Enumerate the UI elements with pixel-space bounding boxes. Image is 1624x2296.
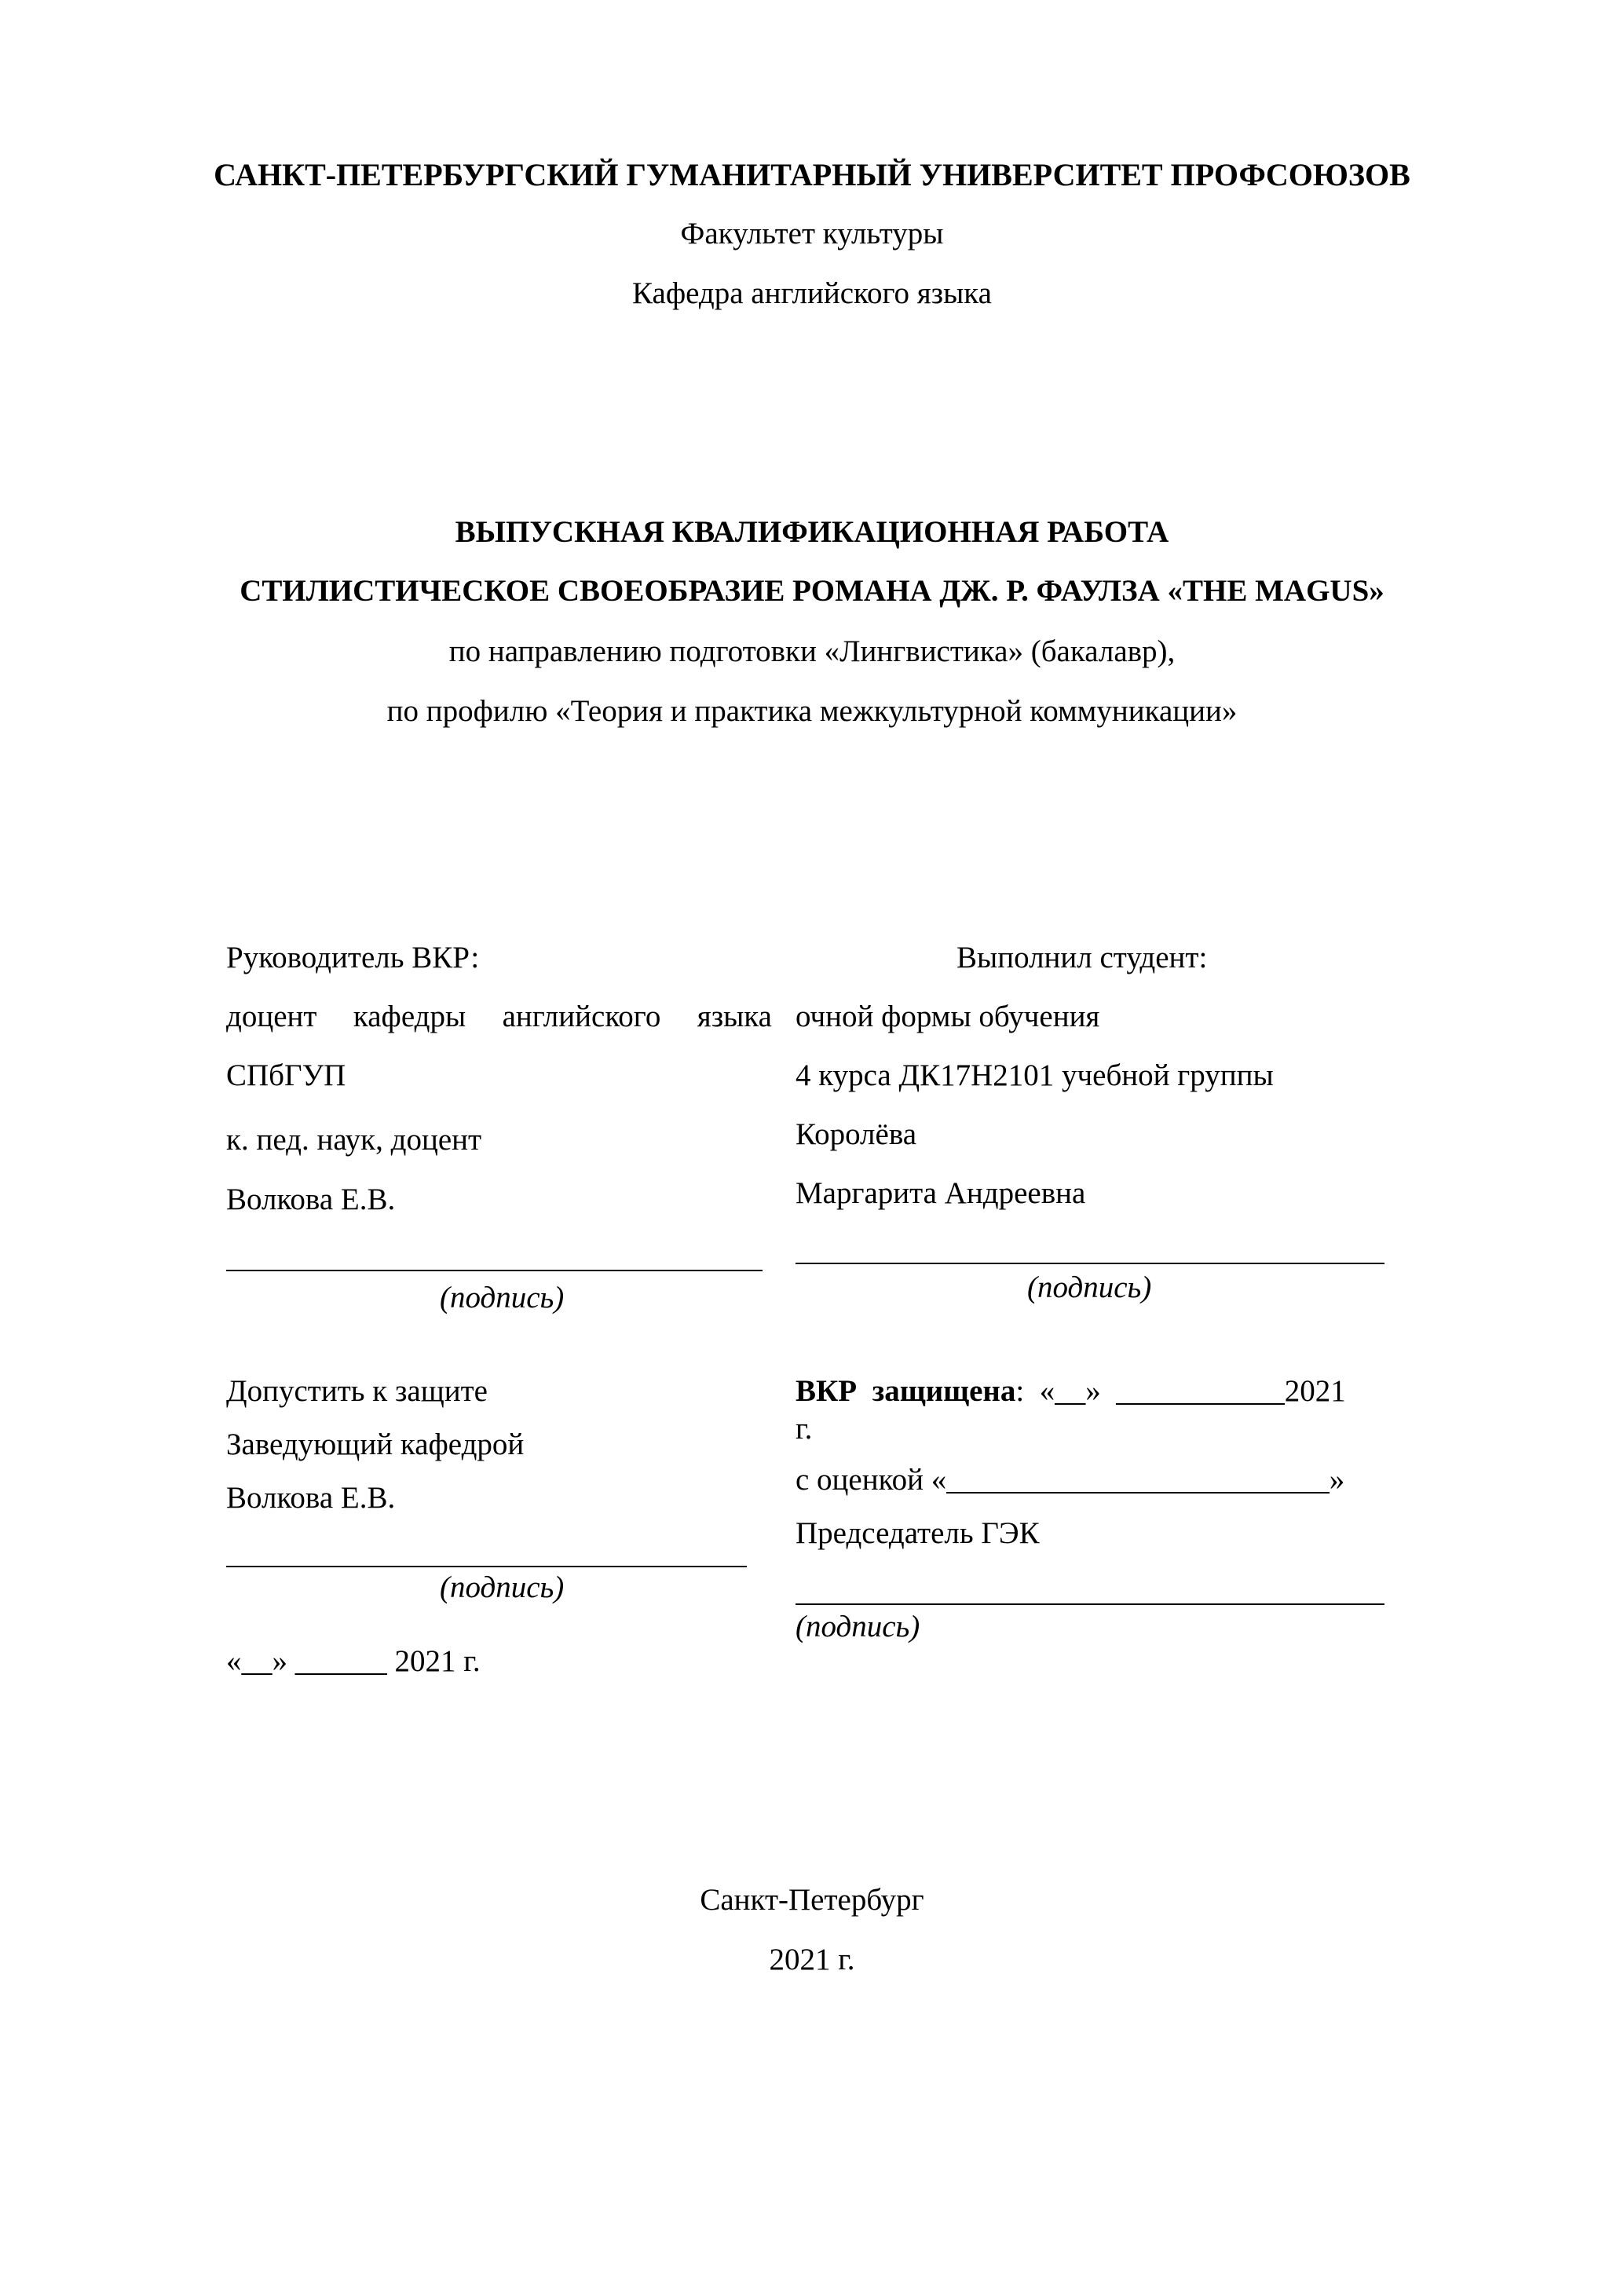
defense-date-wrap: г.: [796, 1413, 812, 1444]
admission-name: Волкова Е.В.: [226, 1483, 395, 1513]
university-name: САНКТ-ПЕТЕРБУРГСКИЙ ГУМАНИТАРНЫЙ УНИВЕРС…: [0, 159, 1624, 191]
study-direction: по направлению подготовки «Лингвистика» …: [0, 636, 1624, 667]
supervisor-position-word: английского: [503, 1001, 661, 1032]
admission-signature-line: [226, 1566, 747, 1567]
student-heading: Выполнил студент:: [956, 942, 1207, 973]
gek-signature-line: [796, 1603, 1384, 1605]
grade-prefix: с оценкой «: [796, 1463, 946, 1497]
supervisor-name: Волкова Е.В.: [226, 1184, 395, 1215]
gek-chair: Председатель ГЭК: [796, 1518, 1040, 1548]
admission-role: Заведующий кафедрой: [226, 1429, 524, 1460]
supervisor-degree: к. пед. наук, доцент: [226, 1124, 481, 1155]
student-signature-line: [796, 1263, 1384, 1264]
defense-label: ВКР защищена: [796, 1374, 1015, 1408]
supervisor-position-word: языка: [697, 1001, 772, 1032]
student-course-group: 4 курса ДК17Н2101 учебной группы: [796, 1060, 1274, 1091]
student-given-names: Маргарита Андреевна: [796, 1178, 1085, 1208]
work-type: ВЫПУСКНАЯ КВАЛИФИКАЦИОННАЯ РАБОТА: [0, 517, 1624, 547]
admission-signature-caption: (подпись): [440, 1572, 564, 1603]
supervisor-position-word: доцент: [226, 1001, 316, 1032]
department-name: Кафедра английского языка: [0, 278, 1624, 309]
supervisor-university: СПбГУП: [226, 1060, 346, 1091]
defense-date: : «__» ___________2021: [1015, 1374, 1345, 1408]
supervisor-position: доцент кафедры английского языка: [226, 1001, 772, 1032]
supervisor-position-word: кафедры: [353, 1001, 466, 1032]
supervisor-heading: Руководитель ВКР:: [226, 942, 479, 973]
faculty-name: Факультет культуры: [0, 218, 1624, 249]
grade-suffix: »: [1330, 1463, 1345, 1497]
thesis-title: СТИЛИСТИЧЕСКОЕ СВОЕОБРАЗИЕ РОМАНА ДЖ. Р.…: [0, 576, 1624, 606]
grade-blank: _________________________: [946, 1463, 1330, 1497]
year: 2021 г.: [0, 1944, 1624, 1975]
supervisor-signature-caption: (подпись): [440, 1282, 564, 1313]
gek-signature-caption: (подпись): [796, 1611, 920, 1642]
defense-status: ВКР защищена: «__» ___________2021: [796, 1376, 1346, 1406]
student-study-form: очной формы обучения: [796, 1001, 1099, 1032]
admission-label: Допустить к защите: [226, 1376, 488, 1406]
defense-grade: с оценкой «_________________________»: [796, 1464, 1344, 1495]
city: Санкт-Петербург: [0, 1885, 1624, 1915]
student-signature-caption: (подпись): [1027, 1272, 1151, 1303]
supervisor-signature-line: [226, 1270, 763, 1271]
admission-date: «__» ______ 2021 г.: [226, 1646, 481, 1676]
study-profile: по профилю «Теория и практика межкультур…: [0, 696, 1624, 726]
student-surname: Королёва: [796, 1119, 916, 1150]
